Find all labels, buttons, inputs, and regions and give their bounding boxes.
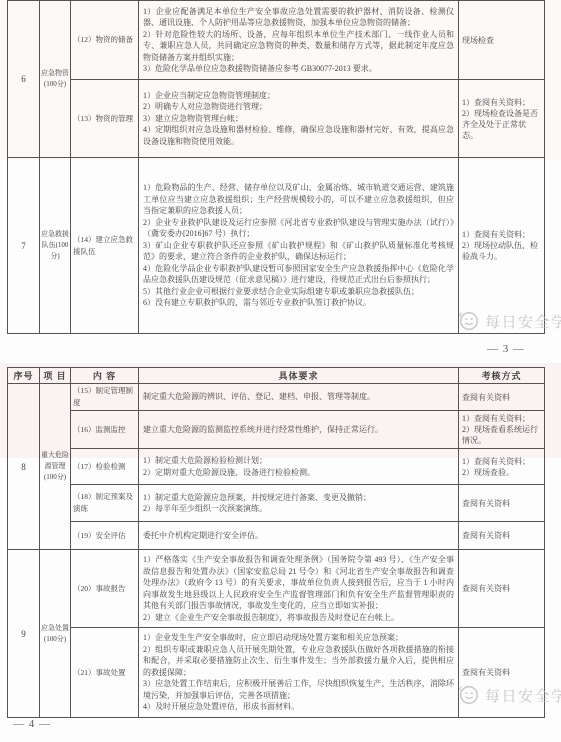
watermark: 每日安全学 — [458, 684, 561, 706]
table-row: （17）检验检测1）制定重大危险源检验检测计划；2）定期对重大危险源设施、设备进… — [8, 449, 545, 485]
assessment-line: 2）现场检查设备是否齐全及处于正常状态。 — [462, 108, 541, 141]
requirement-item: 委托中介机构定期进行安全评估。 — [143, 530, 454, 542]
watermark-text: 每日安全学 — [485, 311, 561, 332]
row-item: 应急处置(100分) — [40, 550, 71, 718]
assessment-method-cell: 1）查阅有关资料；2）现场查看系统运行情况。 — [459, 411, 545, 449]
content-label-cell: （16）监测监控 — [71, 411, 139, 449]
watermark: 每日安全学 — [458, 310, 561, 332]
requirement-item: 1）严格落实《生产安全事故报告和调查处理条例》（国务院令第 493 号）、《生产… — [143, 554, 454, 612]
requirement-item: 1）制定重大危险源应急预案，并按规定进行备案、变更及撤销； — [143, 492, 454, 504]
requirements-cell: 1）制定重大危险源应急预案，并按规定进行备案、变更及撤销；2）每半年至少组织一次… — [139, 485, 459, 522]
column-header: 内 容 — [71, 368, 139, 384]
content-label-cell: （19）安全评估 — [71, 522, 139, 550]
row-seq: 7 — [8, 158, 40, 334]
row-seq: 6 — [8, 1, 40, 158]
requirement-item: 3）危险化学品单位应急救援物资储备应参考 GB30077-2013 要求。 — [143, 63, 454, 75]
requirement-item: 2）明确专人对应急物资进行管理； — [143, 101, 454, 113]
assessment-method-cell: 1）查阅有关资料；2）现场拉动队伍，检验战斗力。 — [459, 158, 545, 334]
assessment-method-cell: 查阅有关资料 — [459, 384, 545, 411]
row-seq: 9 — [8, 550, 40, 718]
content-label-cell: （13）物资的管理 — [71, 80, 139, 158]
assessment-line: 查阅有关资料 — [462, 392, 541, 403]
smiley-face-icon — [458, 310, 480, 332]
requirement-item: 4）定期组织对应急设施和器材检验、维修，确保应急设施和器材完好、有效，提高应急设… — [143, 124, 454, 147]
requirement-item: 1）企业应配备满足本单位生产安全事故应急处置需要的救护器材、消防设备、检测仪器、… — [143, 6, 454, 29]
assessment-line: 现场检查 — [462, 35, 541, 46]
assessment-method-cell: 现场检查 — [459, 1, 545, 80]
requirements-cell: 1）企业发生生产安全事故时，应立即启动现场处置方案和相关应急预案；2）组织专职或… — [139, 628, 459, 718]
row-seq: 8 — [8, 384, 40, 550]
column-header: 考核方式 — [459, 368, 545, 384]
assessment-table-page3: 6应急物资(100分)（12）物资的储备1）企业应配备满足本单位生产安全事故应急… — [7, 0, 545, 334]
assessment-line: 1）查阅有关资料； — [462, 229, 541, 240]
requirements-cell: 建立重大危险源的监测监控系统并进行经常性维护，保持正常运行。 — [139, 411, 459, 449]
table-row: 9应急处置(100分)（20）事故报告1）严格落实《生产安全事故报告和调查处理条… — [8, 550, 545, 628]
requirement-item: 5）其他行业企业可根据行业要求结合企业实际组建专职或兼职应急救援队伍； — [143, 286, 454, 298]
scanned-document-page: 6应急物资(100分)（12）物资的储备1）企业应配备满足本单位生产安全事故应急… — [0, 0, 561, 742]
doc-table: 6应急物资(100分)（12）物资的储备1）企业应配备满足本单位生产安全事故应急… — [7, 0, 545, 334]
column-header: 项 目 — [40, 368, 71, 384]
requirement-item: 6）没有建立专职救护队的，需与邻近专业救护队签订救护协议。 — [143, 297, 454, 309]
content-label-cell: （15）制定管理制度 — [71, 384, 139, 411]
assessment-line: 2）现场查看系统运行情况。 — [462, 424, 541, 446]
requirements-cell: 制定重大危险源的辨识、评估、登记、建档、申报、管理等制度。 — [139, 384, 459, 411]
assessment-line: 1）查阅有关资料； — [462, 413, 541, 424]
page-number-4: — 4 — — [13, 718, 51, 730]
requirement-item: 2）企业专业救护队建设及运行应参照《河北省专业救护队建设与管理实施办法（试行）》… — [143, 217, 454, 240]
requirement-item: 3）建立应急物资管理台帐； — [143, 113, 454, 125]
content-label-cell: （21）事故处置 — [71, 628, 139, 718]
table-row: （19）安全评估委托中介机构定期进行安全评估。查阅有关资料 — [8, 522, 545, 550]
assessment-line: 1）查阅有关资料； — [462, 456, 541, 467]
requirement-item: 1）危险物品的生产、经营、储存单位以及矿山、金属冶炼、城市轨道交通运营、建筑施工… — [143, 182, 454, 217]
assessment-method-cell: 1）查阅有关资料；2）现场检查设备是否齐全及处于正常状态。 — [459, 80, 545, 158]
assessment-method-cell: 1）查阅有关资料；2）现场查验。 — [459, 449, 545, 485]
content-label-cell: （12）物资的储备 — [71, 1, 139, 80]
requirements-cell: 1）严格落实《生产安全事故报告和调查处理条例》（国务院令第 493 号）、《生产… — [139, 550, 459, 628]
table-row: 6应急物资(100分)（12）物资的储备1）企业应配备满足本单位生产安全事故应急… — [8, 1, 545, 80]
table-row: （16）监测监控建立重大危险源的监测监控系统并进行经常性维护，保持正常运行。1）… — [8, 411, 545, 449]
requirement-item: 建立重大危险源的监测监控系统并进行经常性维护，保持正常运行。 — [143, 424, 454, 436]
requirement-item: 2）每半年至少组织一次预案演练。 — [143, 503, 454, 515]
requirements-cell: 委托中介机构定期进行安全评估。 — [139, 522, 459, 550]
table-row: 7应急救援队伍(100分)（14）建立应急救援队伍1）危险物品的生产、经营、储存… — [8, 158, 545, 334]
column-header: 序号 — [8, 368, 40, 384]
requirement-item: 1）企业发生生产安全事故时，应立即启动现场处置方案和相关应急预案； — [143, 632, 454, 644]
assessment-line: 2）现场拉动队伍，检验战斗力。 — [462, 240, 541, 262]
column-header: 具体要求 — [139, 368, 459, 384]
requirement-item: 3）应急处置工作结束后，应积极开展善后工作，尽快组织恢复生产、生活秩序，消除环境… — [143, 678, 454, 701]
assessment-table-page4: 序号项 目内 容具体要求考核方式8重大危险源管理(100分)（15）制定管理制度… — [7, 367, 545, 718]
requirement-item: 2）建立《企业生产安全事故报告制度》，将事故报告及时登记在台帐上。 — [143, 612, 454, 624]
page-number-3: — 3 — — [487, 343, 525, 355]
assessment-line: 1）查阅有关资料； — [462, 97, 541, 108]
assessment-line: 查阅有关资料 — [462, 530, 541, 541]
requirement-item: 3）矿山企业专职救护队还应参照《矿山救护规程》和《矿山救护队质量标准化考核规范》… — [143, 240, 454, 263]
content-label-cell: （20）事故报告 — [71, 550, 139, 628]
requirement-item: 4）危险化学品企业专职救护队建设暂可参照国家安全生产应急救援指挥中心《危险化学品… — [143, 263, 454, 286]
requirement-item: 1）企业应当制定应急物资管理制度； — [143, 90, 454, 102]
assessment-line: 查阅有关资料 — [462, 667, 541, 678]
smiley-face-icon — [458, 684, 480, 706]
content-label-cell: （17）检验检测 — [71, 449, 139, 485]
header-row: 序号项 目内 容具体要求考核方式 — [8, 368, 545, 384]
table-row: （13）物资的管理1）企业应当制定应急物资管理制度；2）明确专人对应急物资进行管… — [8, 80, 545, 158]
row-item: 应急物资(100分) — [40, 1, 71, 158]
assessment-method-cell: 查阅有关资料 — [459, 522, 545, 550]
content-label-cell: （18）制定预案及演练 — [71, 485, 139, 522]
requirement-item: 2）针对危险性较大的场所、设备，应每年组织本单位生产技术部门、一线作业人员和专、… — [143, 29, 454, 64]
requirements-cell: 1）企业应配备满足本单位生产安全事故应急处置需要的救护器材、消防设备、检测仪器、… — [139, 1, 459, 80]
requirements-cell: 1）企业应当制定应急物资管理制度；2）明确专人对应急物资进行管理；3）建立应急物… — [139, 80, 459, 158]
assessment-method-cell: 查阅有关资料 — [459, 485, 545, 522]
requirements-cell: 1）制定重大危险源检验检测计划；2）定期对重大危险源设施、设备进行检验检测。 — [139, 449, 459, 485]
watermark-text: 每日安全学 — [485, 685, 561, 706]
assessment-line: 查阅有关资料 — [462, 583, 541, 594]
requirement-item: 2）定期对重大危险源设施、设备进行检验检测。 — [143, 467, 454, 479]
requirement-item: 1）制定重大危险源检验检测计划； — [143, 455, 454, 467]
requirement-item: 4）及时开展应急处置评估，形成书面材料。 — [143, 701, 454, 713]
row-item: 重大危险源管理(100分) — [40, 384, 71, 550]
assessment-method-cell: 查阅有关资料 — [459, 550, 545, 628]
requirements-cell: 1）危险物品的生产、经营、储存单位以及矿山、金属冶炼、城市轨道交通运营、建筑施工… — [139, 158, 459, 334]
requirement-item: 2）组织专职或兼职应急人员开展先期处置，专业应急救援队伍做好各项救援措施的衔接和… — [143, 644, 454, 679]
content-label-cell: （14）建立应急救援队伍 — [71, 158, 139, 334]
assessment-line: 查阅有关资料 — [462, 498, 541, 509]
assessment-line: 2）现场查验。 — [462, 467, 541, 478]
row-item: 应急救援队伍(100分) — [40, 158, 71, 334]
table-row: （18）制定预案及演练1）制定重大危险源应急预案，并按规定进行备案、变更及撤销；… — [8, 485, 545, 522]
table-row: 8重大危险源管理(100分)（15）制定管理制度制定重大危险源的辨识、评估、登记… — [8, 384, 545, 411]
doc-table: 序号项 目内 容具体要求考核方式8重大危险源管理(100分)（15）制定管理制度… — [7, 367, 545, 718]
requirement-item: 制定重大危险源的辨识、评估、登记、建档、申报、管理等制度。 — [143, 391, 454, 403]
